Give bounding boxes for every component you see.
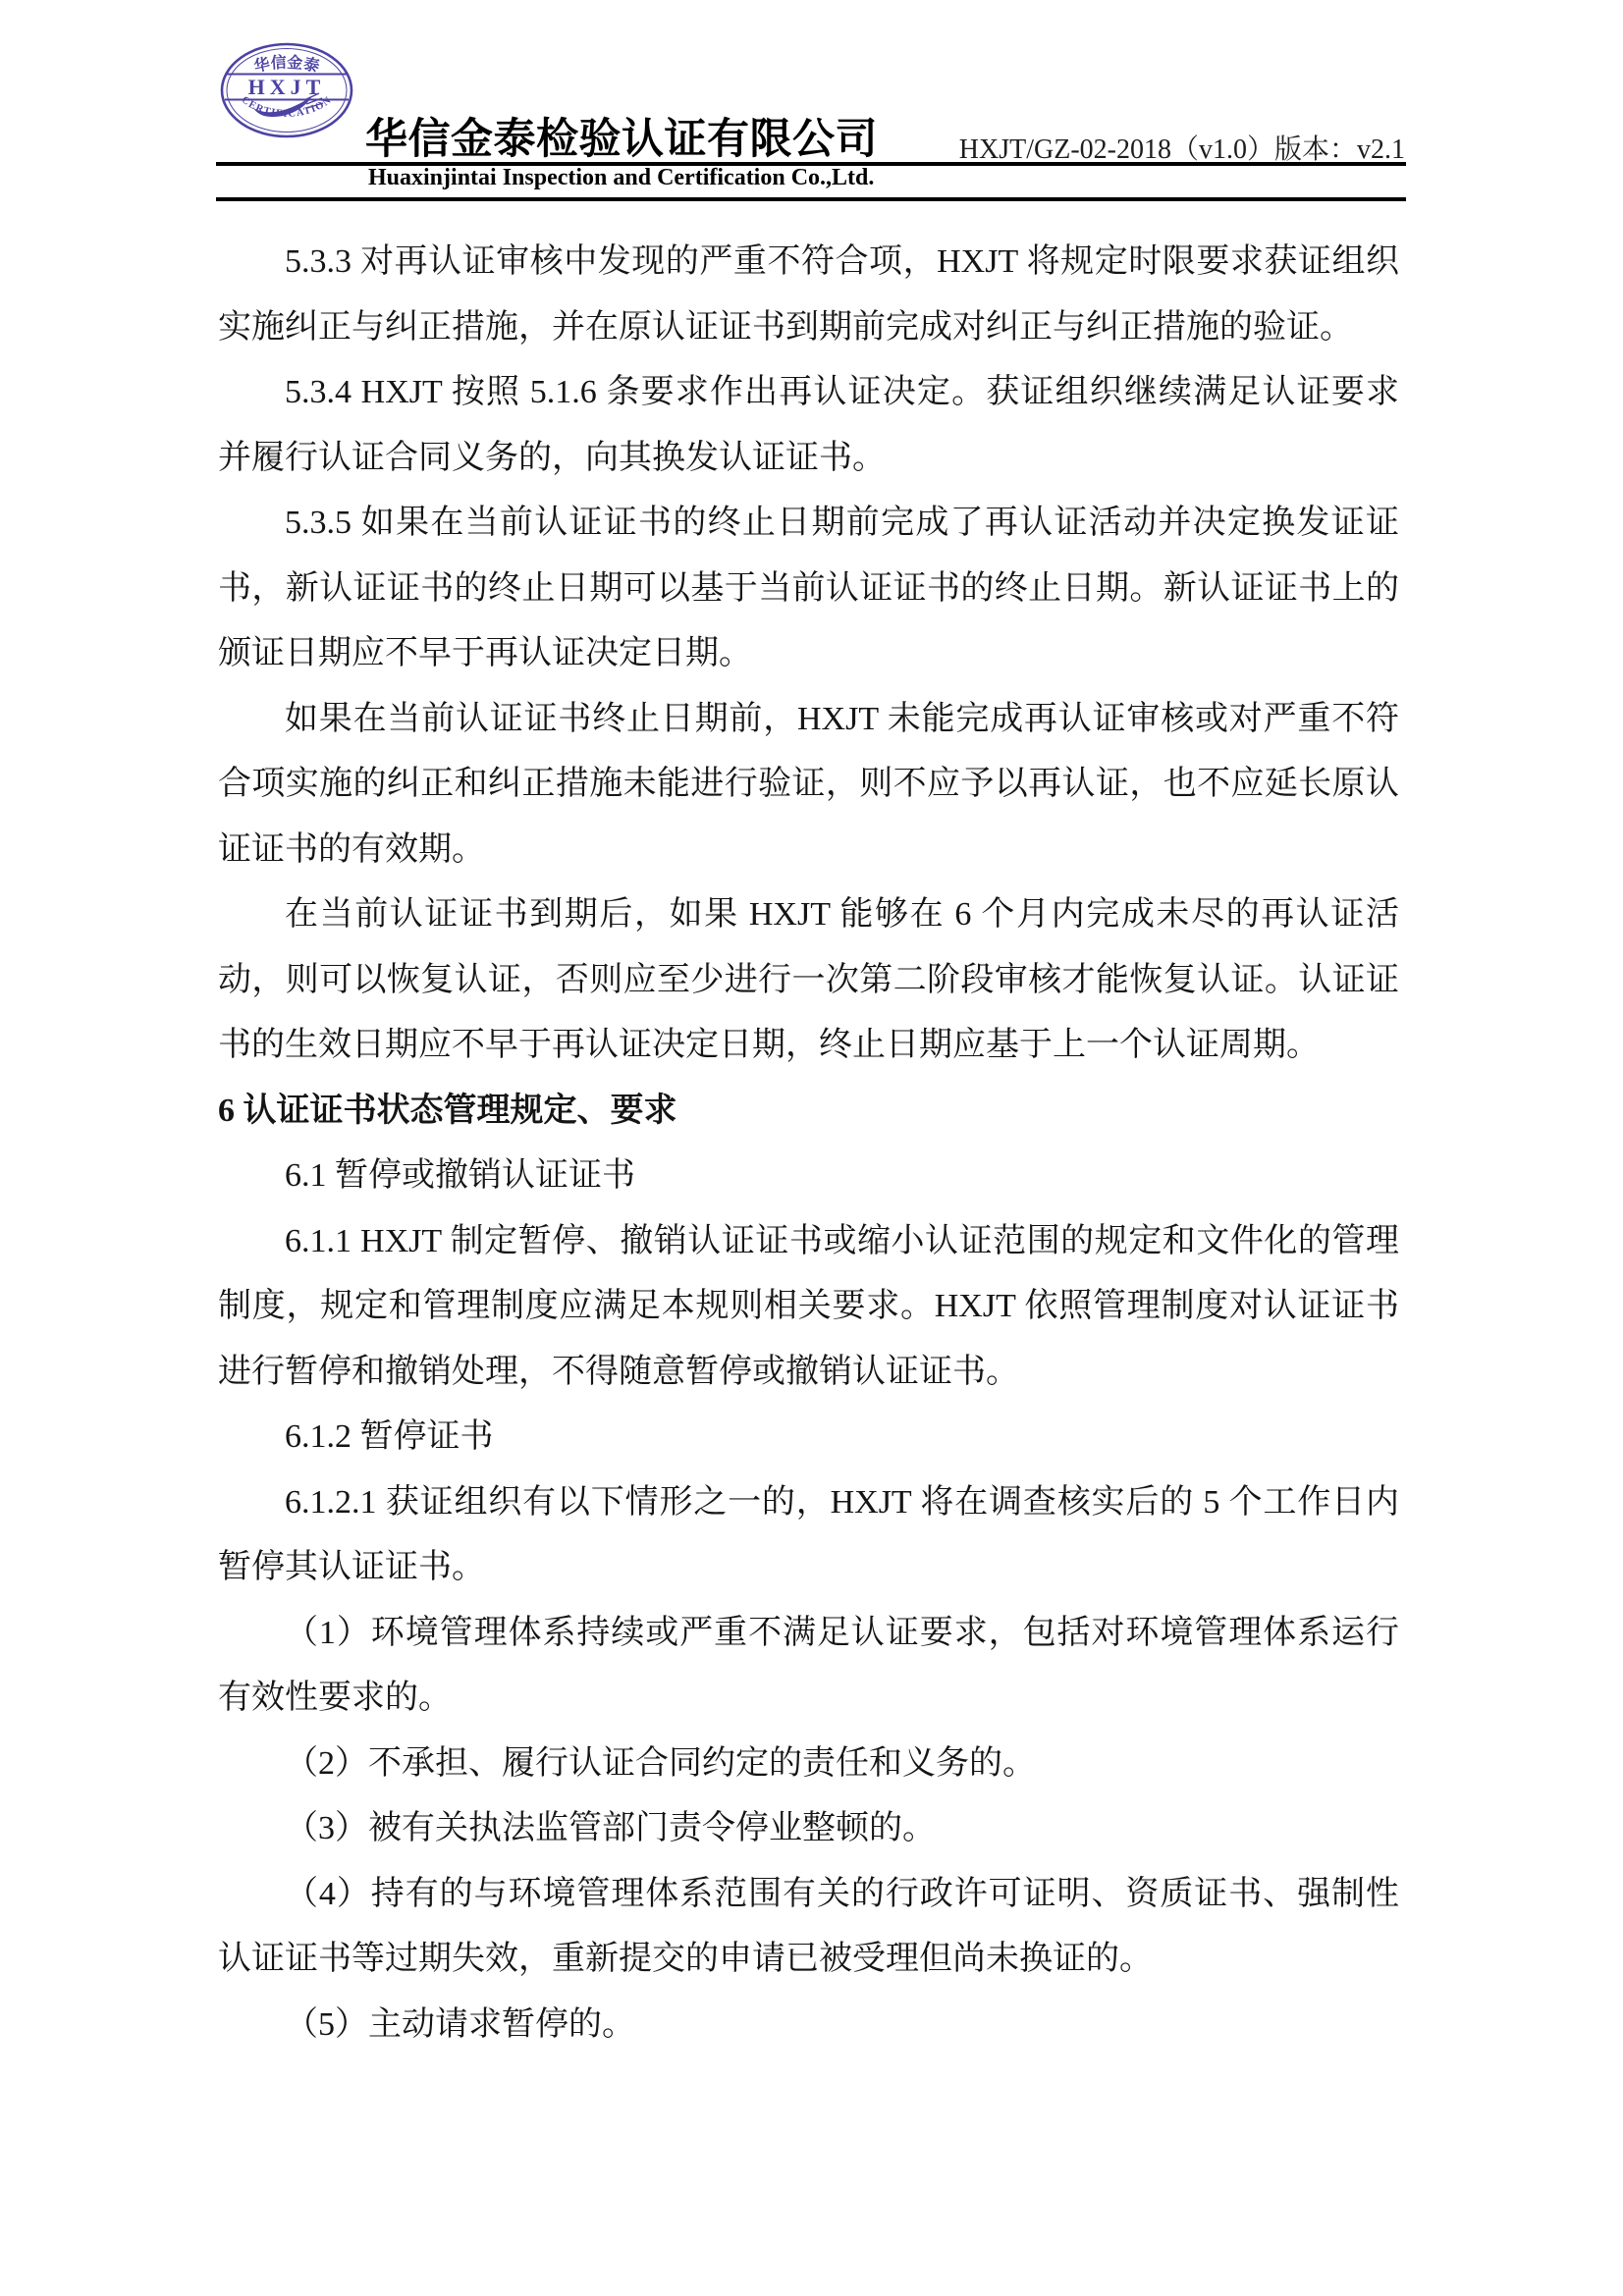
paragraph-5-3-5: 5.3.5 如果在当前认证证书的终止日期前完成了再认证活动并决定换发证证书，新认…	[218, 491, 1399, 687]
doc-number: HXJT/GZ-02-2018（v1.0）版本：v2.1	[959, 128, 1405, 167]
header-rule-bottom	[216, 197, 1406, 201]
section-heading-6: 6 认证证书状态管理规定、要求	[218, 1079, 1399, 1145]
list-item-4: （4）持有的与环境管理体系范围有关的行政许可证明、资质证书、强制性认证证书等过期…	[218, 1862, 1399, 1993]
paragraph-6-1-1: 6.1.1 HXJT 制定暂停、撤销认证证书或缩小认证范围的规定和文件化的管理制…	[218, 1209, 1399, 1406]
document-page: 华信金泰 HXJT CERTIFICATION 华信金泰检验认证有限公司 HXJ…	[0, 0, 1623, 2296]
seal-top-text: 华信金泰	[252, 53, 321, 77]
paragraph-6-1-2: 6.1.2 暂停证书	[218, 1405, 1399, 1470]
paragraph-6-1-2-1: 6.1.2.1 获证组织有以下情形之一的，HXJT 将在调查核实后的 5 个工作…	[218, 1470, 1399, 1601]
company-seal-icon: 华信金泰 HXJT CERTIFICATION	[218, 41, 355, 139]
company-name-en: Huaxinjintai Inspection and Certificatio…	[368, 165, 874, 191]
paragraph-5-3-4: 5.3.4 HXJT 按照 5.1.6 条要求作出再认证决定。获证组织继续满足认…	[218, 360, 1399, 491]
paragraph-cert-expiry: 如果在当前认证证书终止日期前，HXJT 未能完成再认证审核或对严重不符合项实施的…	[218, 687, 1399, 883]
paragraph-6-1: 6.1 暂停或撤销认证证书	[218, 1144, 1399, 1209]
company-name: 华信金泰检验认证有限公司	[365, 106, 878, 166]
document-body: 5.3.3 对再认证审核中发现的严重不符合项，HXJT 将规定时限要求获证组织实…	[218, 230, 1399, 2057]
list-item-3: （3）被有关执法监管部门责令停业整顿的。	[218, 1796, 1399, 1862]
paragraph-cert-recovery: 在当前认证证书到期后，如果 HXJT 能够在 6 个月内完成未尽的再认证活动，则…	[218, 882, 1399, 1079]
list-item-1: （1）环境管理体系持续或严重不满足认证要求，包括对环境管理体系运行有效性要求的。	[218, 1601, 1399, 1732]
list-item-2: （2）不承担、履行认证合同约定的责任和义务的。	[218, 1732, 1399, 1797]
list-item-5: （5）主动请求暂停的。	[218, 1993, 1399, 2058]
paragraph-5-3-3: 5.3.3 对再认证审核中发现的严重不符合项，HXJT 将规定时限要求获证组织实…	[218, 230, 1399, 360]
